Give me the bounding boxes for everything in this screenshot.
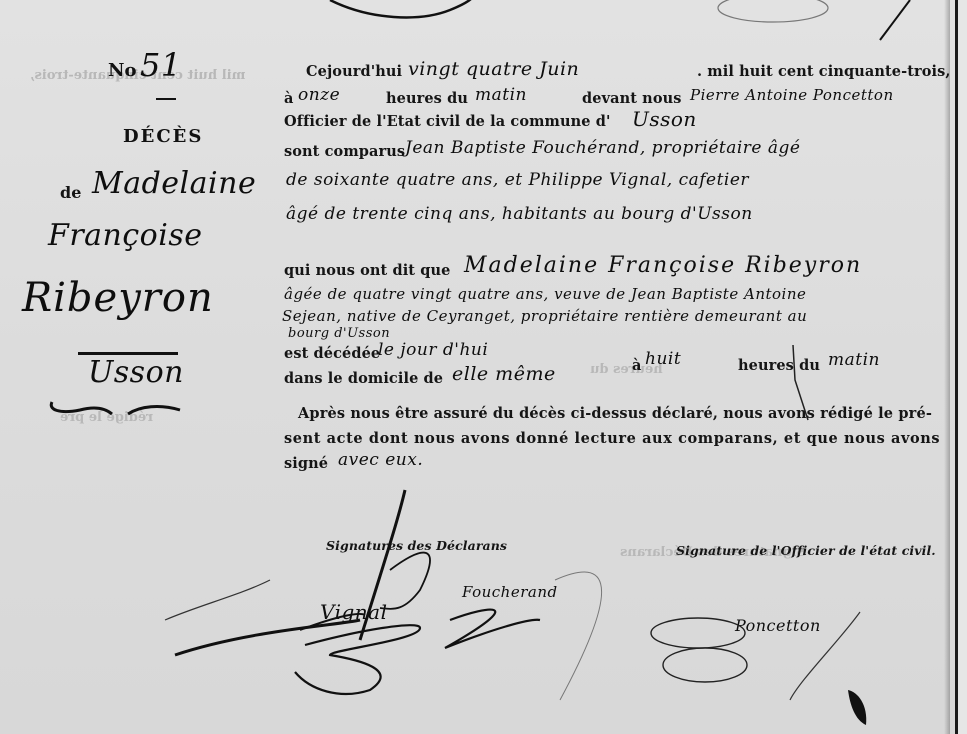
page-edge-shadow xyxy=(944,0,950,734)
signature-flourishes xyxy=(0,0,967,734)
adjacent-page-edge xyxy=(958,0,967,734)
document-page: mil huit cent cinquante-trois, heures du… xyxy=(0,0,955,734)
